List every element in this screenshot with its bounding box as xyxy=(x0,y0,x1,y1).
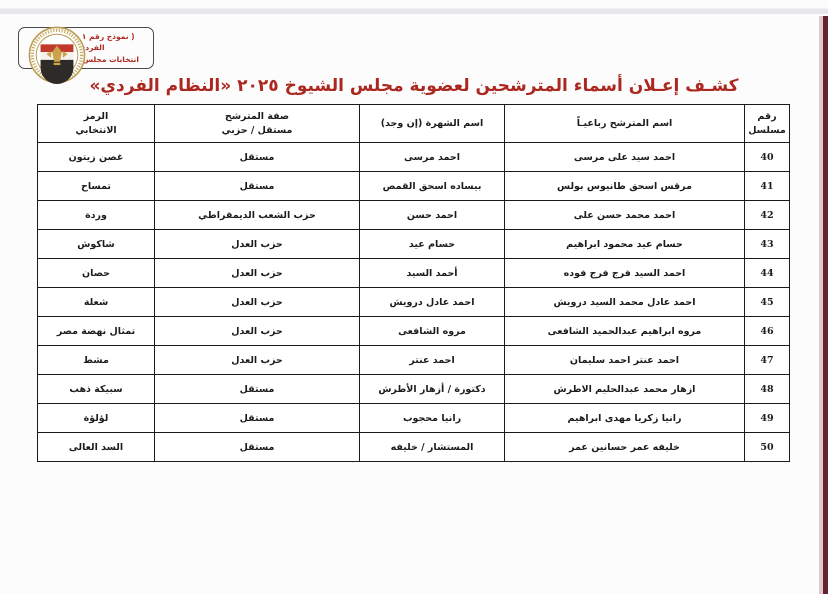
cell-serial: 45 xyxy=(745,288,790,317)
table-row: 44احمد السيد فرج فرج فودهأحمد السيدحزب ا… xyxy=(38,259,790,288)
cell-affiliation: مستقل xyxy=(155,375,360,404)
cell-symbol: شاكوش xyxy=(38,230,155,259)
cell-known-as: المستشار / خليفه xyxy=(360,433,505,462)
header-full-name: اسم المترشح رباعيـاً xyxy=(505,105,745,143)
table-header-row: رقم مسلسل اسم المترشح رباعيـاً اسم الشهر… xyxy=(38,105,790,143)
candidates-table: رقم مسلسل اسم المترشح رباعيـاً اسم الشهر… xyxy=(37,104,790,462)
cell-full-name: احمد السيد فرج فرج فوده xyxy=(505,259,745,288)
cell-full-name: مرقس اسحق طانيوس بولس xyxy=(505,172,745,201)
cell-serial: 47 xyxy=(745,346,790,375)
table-row: 47احمد عنتر احمد سليماناحمد عنترحزب العد… xyxy=(38,346,790,375)
cell-serial: 41 xyxy=(745,172,790,201)
cell-known-as: احمد عنتر xyxy=(360,346,505,375)
header-serial: رقم مسلسل xyxy=(745,105,790,143)
cell-affiliation: حزب العدل xyxy=(155,288,360,317)
document-page: ( نموذج رقم ١ ش «النظام الفردي» ) انتخاب… xyxy=(0,0,828,594)
table-row: 46مروه ابراهيم عبدالحميد الشافعىمروه الش… xyxy=(38,317,790,346)
cell-symbol: حصان xyxy=(38,259,155,288)
table-row: 42احمد محمد حسن علىاحمد حسنحزب الشعب الد… xyxy=(38,201,790,230)
cell-known-as: بيساده اسحق القمص xyxy=(360,172,505,201)
cell-affiliation: حزب العدل xyxy=(155,346,360,375)
table-body: 40احمد سيد على مرسىاحمد مرسىمستقلغصن زيت… xyxy=(38,143,790,462)
cell-known-as: دكتورة / أزهار الأطرش xyxy=(360,375,505,404)
cell-affiliation: حزب العدل xyxy=(155,317,360,346)
cell-serial: 43 xyxy=(745,230,790,259)
cell-symbol: مشط xyxy=(38,346,155,375)
cell-affiliation: حزب العدل xyxy=(155,259,360,288)
cell-full-name: احمد عنتر احمد سليمان xyxy=(505,346,745,375)
cell-serial: 46 xyxy=(745,317,790,346)
cell-known-as: احمد مرسى xyxy=(360,143,505,172)
cell-full-name: حسام عيد محمود ابراهيم xyxy=(505,230,745,259)
cell-affiliation: مستقل xyxy=(155,404,360,433)
header-known-as: اسم الشهرة (إن وجد) xyxy=(360,105,505,143)
page-edge-strip xyxy=(823,16,828,594)
cell-symbol: سبيكة ذهب xyxy=(38,375,155,404)
header-affiliation: صفة المترشح مستقل / حزبي xyxy=(155,105,360,143)
cell-affiliation: مستقل xyxy=(155,143,360,172)
cell-symbol: شعلة xyxy=(38,288,155,317)
cell-serial: 42 xyxy=(745,201,790,230)
cell-full-name: خليفه عمر حسانين عمر xyxy=(505,433,745,462)
cell-symbol: تمثال نهضة مصر xyxy=(38,317,155,346)
cell-affiliation: حزب العدل xyxy=(155,230,360,259)
cell-affiliation: حزب الشعب الديمقراطي xyxy=(155,201,360,230)
cell-serial: 50 xyxy=(745,433,790,462)
table-row: 41مرقس اسحق طانيوس بولسبيساده اسحق القمص… xyxy=(38,172,790,201)
cell-known-as: أحمد السيد xyxy=(360,259,505,288)
cell-affiliation: مستقل xyxy=(155,172,360,201)
cell-symbol: السد العالى xyxy=(38,433,155,462)
table-row: 45احمد عادل محمد السيد درويشاحمد عادل در… xyxy=(38,288,790,317)
cell-symbol: لؤلؤة xyxy=(38,404,155,433)
cell-full-name: احمد عادل محمد السيد درويش xyxy=(505,288,745,317)
cell-full-name: ازهار محمد عبدالحليم الاطرش xyxy=(505,375,745,404)
cell-known-as: مروه الشافعى xyxy=(360,317,505,346)
cell-symbol: غصن زيتون xyxy=(38,143,155,172)
header-symbol: الرمز الانتخابي xyxy=(38,105,155,143)
cell-known-as: رانيا محجوب xyxy=(360,404,505,433)
table-row: 40احمد سيد على مرسىاحمد مرسىمستقلغصن زيت… xyxy=(38,143,790,172)
table-row: 48ازهار محمد عبدالحليم الاطرشدكتورة / أز… xyxy=(38,375,790,404)
cell-symbol: وردة xyxy=(38,201,155,230)
cell-full-name: مروه ابراهيم عبدالحميد الشافعى xyxy=(505,317,745,346)
cell-serial: 48 xyxy=(745,375,790,404)
cell-known-as: احمد حسن xyxy=(360,201,505,230)
cell-serial: 40 xyxy=(745,143,790,172)
cell-full-name: احمد سيد على مرسى xyxy=(505,143,745,172)
cell-full-name: احمد محمد حسن على xyxy=(505,201,745,230)
table-row: 49رانيا زكريا مهدى ابراهيمرانيا محجوبمست… xyxy=(38,404,790,433)
cell-serial: 44 xyxy=(745,259,790,288)
cell-serial: 49 xyxy=(745,404,790,433)
top-divider xyxy=(0,8,828,14)
cell-known-as: احمد عادل درويش xyxy=(360,288,505,317)
cell-affiliation: مستقل xyxy=(155,433,360,462)
page-title: كشـف إعـلان أسماء المترشحين لعضوية مجلس … xyxy=(38,76,790,96)
cell-known-as: حسام عيد xyxy=(360,230,505,259)
cell-full-name: رانيا زكريا مهدى ابراهيم xyxy=(505,404,745,433)
cell-symbol: تمساح xyxy=(38,172,155,201)
table-row: 43حسام عيد محمود ابراهيمحسام عيدحزب العد… xyxy=(38,230,790,259)
table-row: 50خليفه عمر حسانين عمرالمستشار / خليفهمس… xyxy=(38,433,790,462)
